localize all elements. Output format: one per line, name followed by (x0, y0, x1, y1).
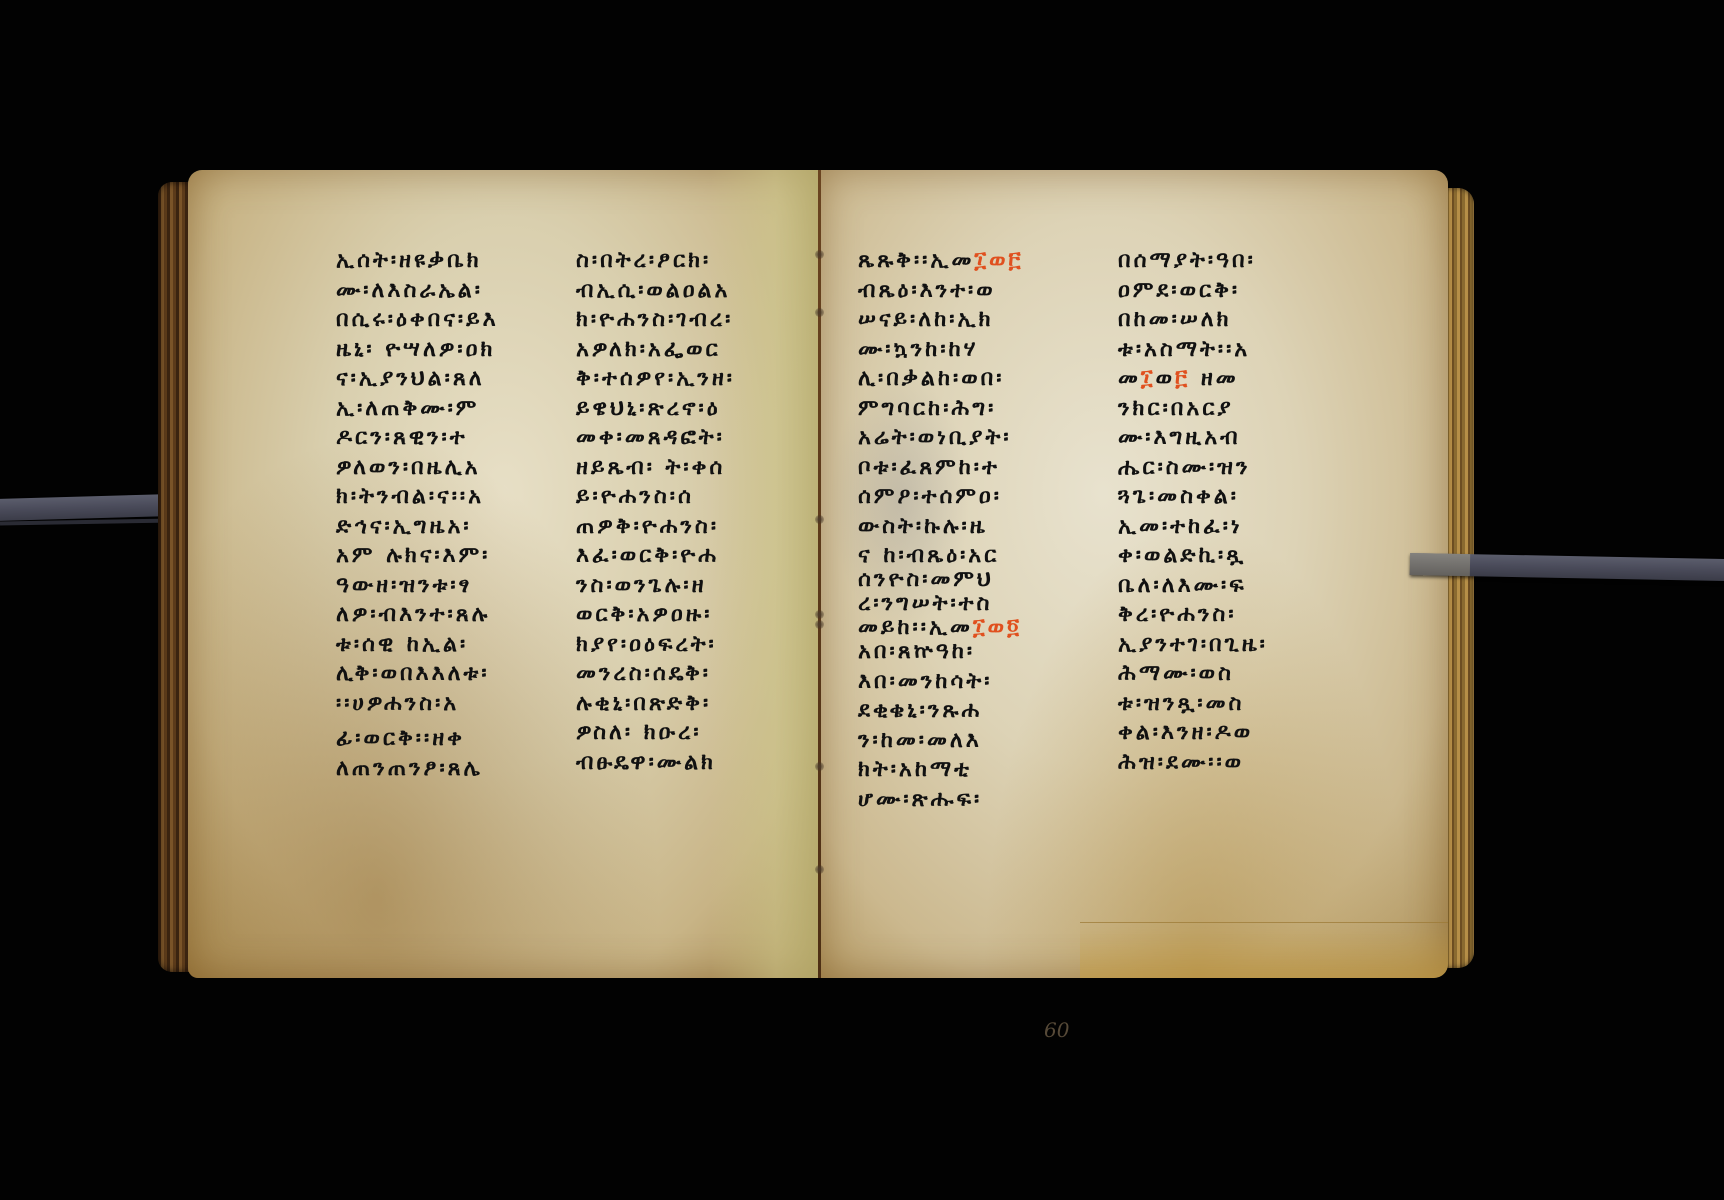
text-line: ኢሰት፡ዘዩቃቤክ (336, 246, 499, 276)
text-line: እበ፡መንከሳት፡ (858, 667, 1024, 697)
text-line: ቱ፡ሰዊ ከኢል፡ (336, 630, 499, 660)
text-line: ን፡ከመ፡መለእ (858, 726, 1024, 756)
text-line: ድኅና፡ኢግዜአ፡ (336, 512, 499, 542)
text-line: ሙ፡እግዚአብ (1118, 423, 1268, 453)
text-line: ዎለወን፡በዜሊአ (336, 453, 499, 483)
text-line: ስ፡በትረ፡ፆርክ፡ (576, 246, 735, 276)
folio-number: 60 (1044, 1018, 1069, 1042)
rubric-numeral: ፲ወ፬ (973, 615, 1022, 640)
text-column-4: በሰማያት፡ዓበ፡ ዐምደ፡ወርቅ፡ በከመ፡ሠለክ ቱ፡አስማት፡፡አ መ፲ወ… (1118, 246, 1268, 777)
text-line: ፊ፡ወርቅ፡፡ዘቀ (336, 724, 499, 754)
text-line: አሬት፡ወነቢያት፡ (858, 423, 1024, 453)
binding-stitch (815, 250, 824, 259)
text-line: ሙ፡ለእስራኤል፡ (336, 276, 499, 306)
text-line: መቀ፡መጸዳፎት፡ (576, 423, 735, 453)
text-line: ክት፡አከማቲ (858, 755, 1024, 785)
text-line: ንስ፡ወንጌሉ፡ዘ (576, 571, 735, 601)
text-line: ምግባርከ፡ሕግ፡ (858, 394, 1024, 424)
text-line: ሕዝ፡ደሙ፡፡ወ (1118, 748, 1268, 778)
text-line: ቦቱ፡ፈጸምከ፡ተ (858, 453, 1024, 483)
binding-stitch (815, 610, 824, 619)
text-line: ዜኒ፡ ዮሣለዎ፡ዐክ (336, 335, 499, 365)
page-edges-right (1446, 188, 1474, 968)
open-manuscript: ኢሰት፡ዘዩቃቤክ ሙ፡ለእስራኤል፡ በሲሩ፡ዕቀበና፡ይእ ዜኒ፡ ዮሣለዎ… (158, 170, 1474, 982)
text-line: ሰንዮስ፡መምህ (858, 565, 1024, 589)
photo-background: ኢሰት፡ዘዩቃቤክ ሙ፡ለእስራኤል፡ በሲሩ፡ዕቀበና፡ይእ ዜኒ፡ ዮሣለዎ… (0, 0, 1724, 1200)
text-line: ቅ፡ተሰዎየ፡ኢንዘ፡ (576, 364, 735, 394)
text-line: ቱ፡አስማት፡፡አ (1118, 335, 1268, 365)
text-line: ቀል፡እንዘ፡ዶወ (1118, 718, 1268, 748)
text-line: ጼጹቅ፡፡ኢመ፲ወ፫ (858, 246, 1024, 276)
text-line: ዐምደ፡ወርቅ፡ (1118, 276, 1268, 306)
text-line: ንክር፡በአርያ (1118, 394, 1268, 424)
text-line: ሊ፡በቃልከ፡ወበ፡ (858, 364, 1024, 394)
text-line: ወርቅ፡አዎዐዙ፡ (576, 600, 735, 630)
text-line: ሊቅ፡ወበእእለቱ፡ (336, 659, 499, 689)
text-line: ይዌህኒ፡ጽረኖ፡ዕ (576, 394, 735, 424)
text-line: በሲሩ፡ዕቀበና፡ይእ (336, 305, 499, 335)
text-line: መንረስ፡ሰዴቅ፡ (576, 659, 735, 689)
text-line: አዎለክ፡አፌወር (576, 335, 735, 365)
text-line: እፈ፡ወርቅ፡ዮሐ (576, 541, 735, 571)
text-line: ቱ፡ዝንጿ፡መስ (1118, 689, 1268, 719)
text-line: ብፁዴዋ፡ሙልክ (576, 748, 735, 778)
text-line: ዶርን፡ጸዊን፡ተ (336, 423, 499, 453)
text-line: ቤለ፡ለእሙ፡ፍ (1118, 571, 1268, 601)
text-line: ኢመ፡ተከፈ፡ነ (1118, 512, 1268, 542)
binding-stitch (815, 515, 824, 524)
text-line: ሕማሙ፡ወስ (1118, 659, 1268, 689)
spine-fold (818, 170, 821, 978)
text-column-1: ኢሰት፡ዘዩቃቤክ ሙ፡ለእስራኤል፡ በሲሩ፡ዕቀበና፡ይእ ዜኒ፡ ዮሣለዎ… (336, 246, 499, 783)
text-line: በሰማያት፡ዓበ፡ (1118, 246, 1268, 276)
text-line: መይከ፡፡ኢመ፲ወ፬ (858, 613, 1024, 637)
text-line: መ፲ወ፫ ዘመ (1118, 364, 1268, 394)
binding-stitch (815, 620, 824, 629)
text-line: ክ፡ዮሐንስ፡ገብረ፡ (576, 305, 735, 335)
text-line: ለጠንጠንፆ፡ጸሌ (336, 754, 499, 784)
text-line: ረ፡ንግሠት፡ተስ (858, 589, 1024, 613)
text-line: ቀ፡ወልድኪ፡ጿ (1118, 541, 1268, 571)
text-line: ብጼዕ፡እንተ፡ወ (858, 276, 1024, 306)
text-line: ሔር፡ስሙ፡ዝን (1118, 453, 1268, 483)
text-line: ሙ፡ኳንከ፡ከሃ (858, 335, 1024, 365)
text-line: ለዎ፡ብእንተ፡ጸሉ (336, 600, 499, 630)
text-column-3: ጼጹቅ፡፡ኢመ፲ወ፫ ብጼዕ፡እንተ፡ወ ሠናይ፡ለከ፡ኢክ ሙ፡ኳንከ፡ከሃ … (858, 246, 1024, 814)
text-line: ሉቂኒ፡በጽድቅ፡ (576, 689, 735, 719)
text-line: ይ፡ዮሐንስ፡ሰ (576, 482, 735, 512)
text-line: ሰምዖ፡ተሰምዐ፡ (858, 482, 1024, 512)
rubric-numeral: ፲ወ፫ (974, 248, 1023, 273)
text-line: ቅረ፡ዮሐንስ፡ (1118, 600, 1268, 630)
text-line: አበ፡ጸኵዓከ፡ (858, 637, 1024, 667)
text-line: ጠዎቅ፡ዮሐንስ፡ (576, 512, 735, 542)
text-line: ክያየ፡ዐዕፍረት፡ (576, 630, 735, 660)
text-line: ብኢሲ፡ወልዐልአ (576, 276, 735, 306)
text-line: ኢ፡ለጠቅሙ፡ም (336, 394, 499, 424)
text-column-2: ስ፡በትረ፡ፆርክ፡ ብኢሲ፡ወልዐልአ ክ፡ዮሐንስ፡ገብረ፡ አዎለክ፡አፌ… (576, 246, 735, 777)
text-line: ኢያንተገ፡በጊዜ፡ (1118, 630, 1268, 660)
text-line: ና ከ፡ብጼዕ፡አር (858, 541, 1024, 565)
text-line: ሆሙ፡ጽሑፍ፡ (858, 785, 1024, 815)
text-line: ውስት፡ኩሉ፡ዜ (858, 512, 1024, 542)
text-line: ደቂቄኒ፡ንጹሐ (858, 696, 1024, 726)
text-line: ዎስለ፡ ክዑረ፡ (576, 718, 735, 748)
text-line: ክ፡ትንብል፡ና፡፡አ (336, 482, 499, 512)
binding-stitch (815, 865, 824, 874)
binding-stitch (815, 308, 824, 317)
text-line: ዘይጼብ፡ ት፡ቀሰ (576, 453, 735, 483)
text-line: በከመ፡ሠለክ (1118, 305, 1268, 335)
text-line: ዓውዘ፡ዝንቱ፡ፃ (336, 571, 499, 601)
text-line: ፡፡ሀዎሐንስ፡አ (336, 689, 499, 719)
text-line: ሠናይ፡ለከ፡ኢክ (858, 305, 1024, 335)
text-line: ጓጌ፡መስቀል፡ (1118, 482, 1268, 512)
binding-stitch (815, 762, 824, 771)
text-line: ና፡ኢያንህል፡ጸለ (336, 364, 499, 394)
text-line: አም ሉክና፡እም፡ (336, 541, 499, 571)
